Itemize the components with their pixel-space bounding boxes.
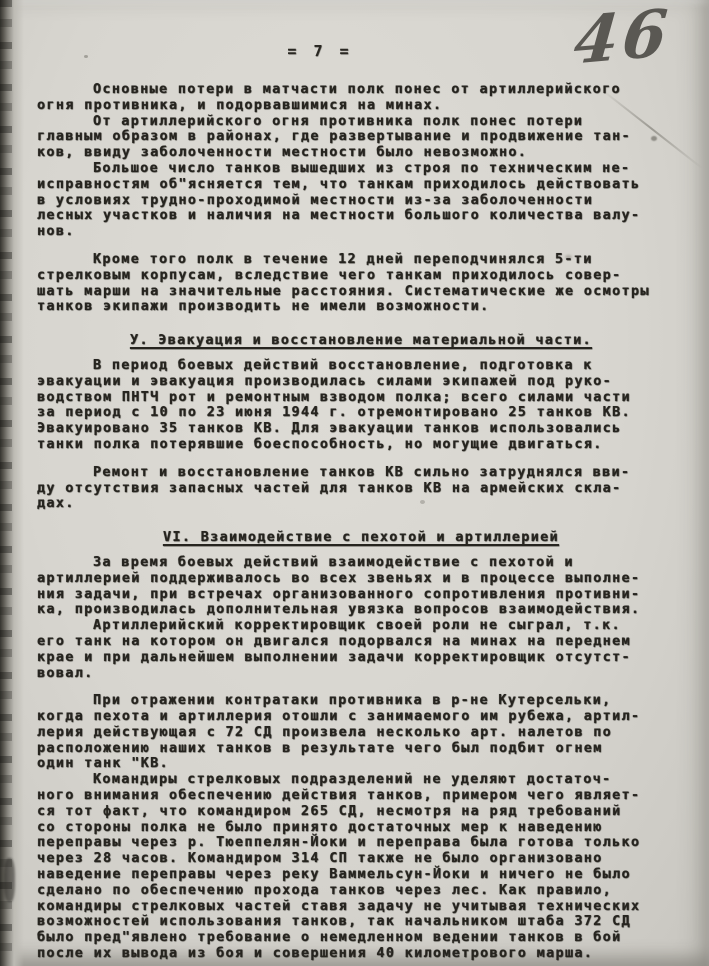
typewritten-paragraph: При отражении контратаки противника в р-…: [37, 693, 685, 772]
scanned-document-page: = 7 = 46 Основные потери в матчасти полк…: [0, 0, 709, 966]
section-heading-evacuation: У. Эвакуация и восстановление материальн…: [37, 333, 685, 349]
typewritten-paragraph: Основные потери в матчасти полк понес от…: [37, 82, 685, 114]
typewritten-paragraph: Кроме того полк в течение 12 дней перепо…: [37, 252, 685, 315]
typewritten-paragraph: Ремонт и восстановление танков КВ сильно…: [37, 465, 685, 512]
page-number: = 7 =: [0, 42, 640, 60]
typewritten-paragraph: Большое число танков вышедших из строя п…: [37, 161, 685, 240]
typewritten-paragraph: Артиллерийский корректировщик своей роли…: [37, 618, 685, 681]
handwritten-folio-number: 46: [571, 1, 673, 74]
section-heading-cooperation: VI. Взаимодействие с пехотой и артиллери…: [37, 530, 685, 546]
typewritten-paragraph: За время боевых действий взаимодействие …: [37, 555, 685, 618]
document-body: Основные потери в матчасти полк понес от…: [0, 82, 709, 962]
typewritten-paragraph: От артиллерийского огня противника полк …: [37, 114, 685, 161]
typewritten-paragraph: В период боевых действий восстановление,…: [37, 358, 685, 453]
typewritten-paragraph: Командиры стрелковых подразделений не уд…: [37, 772, 685, 962]
